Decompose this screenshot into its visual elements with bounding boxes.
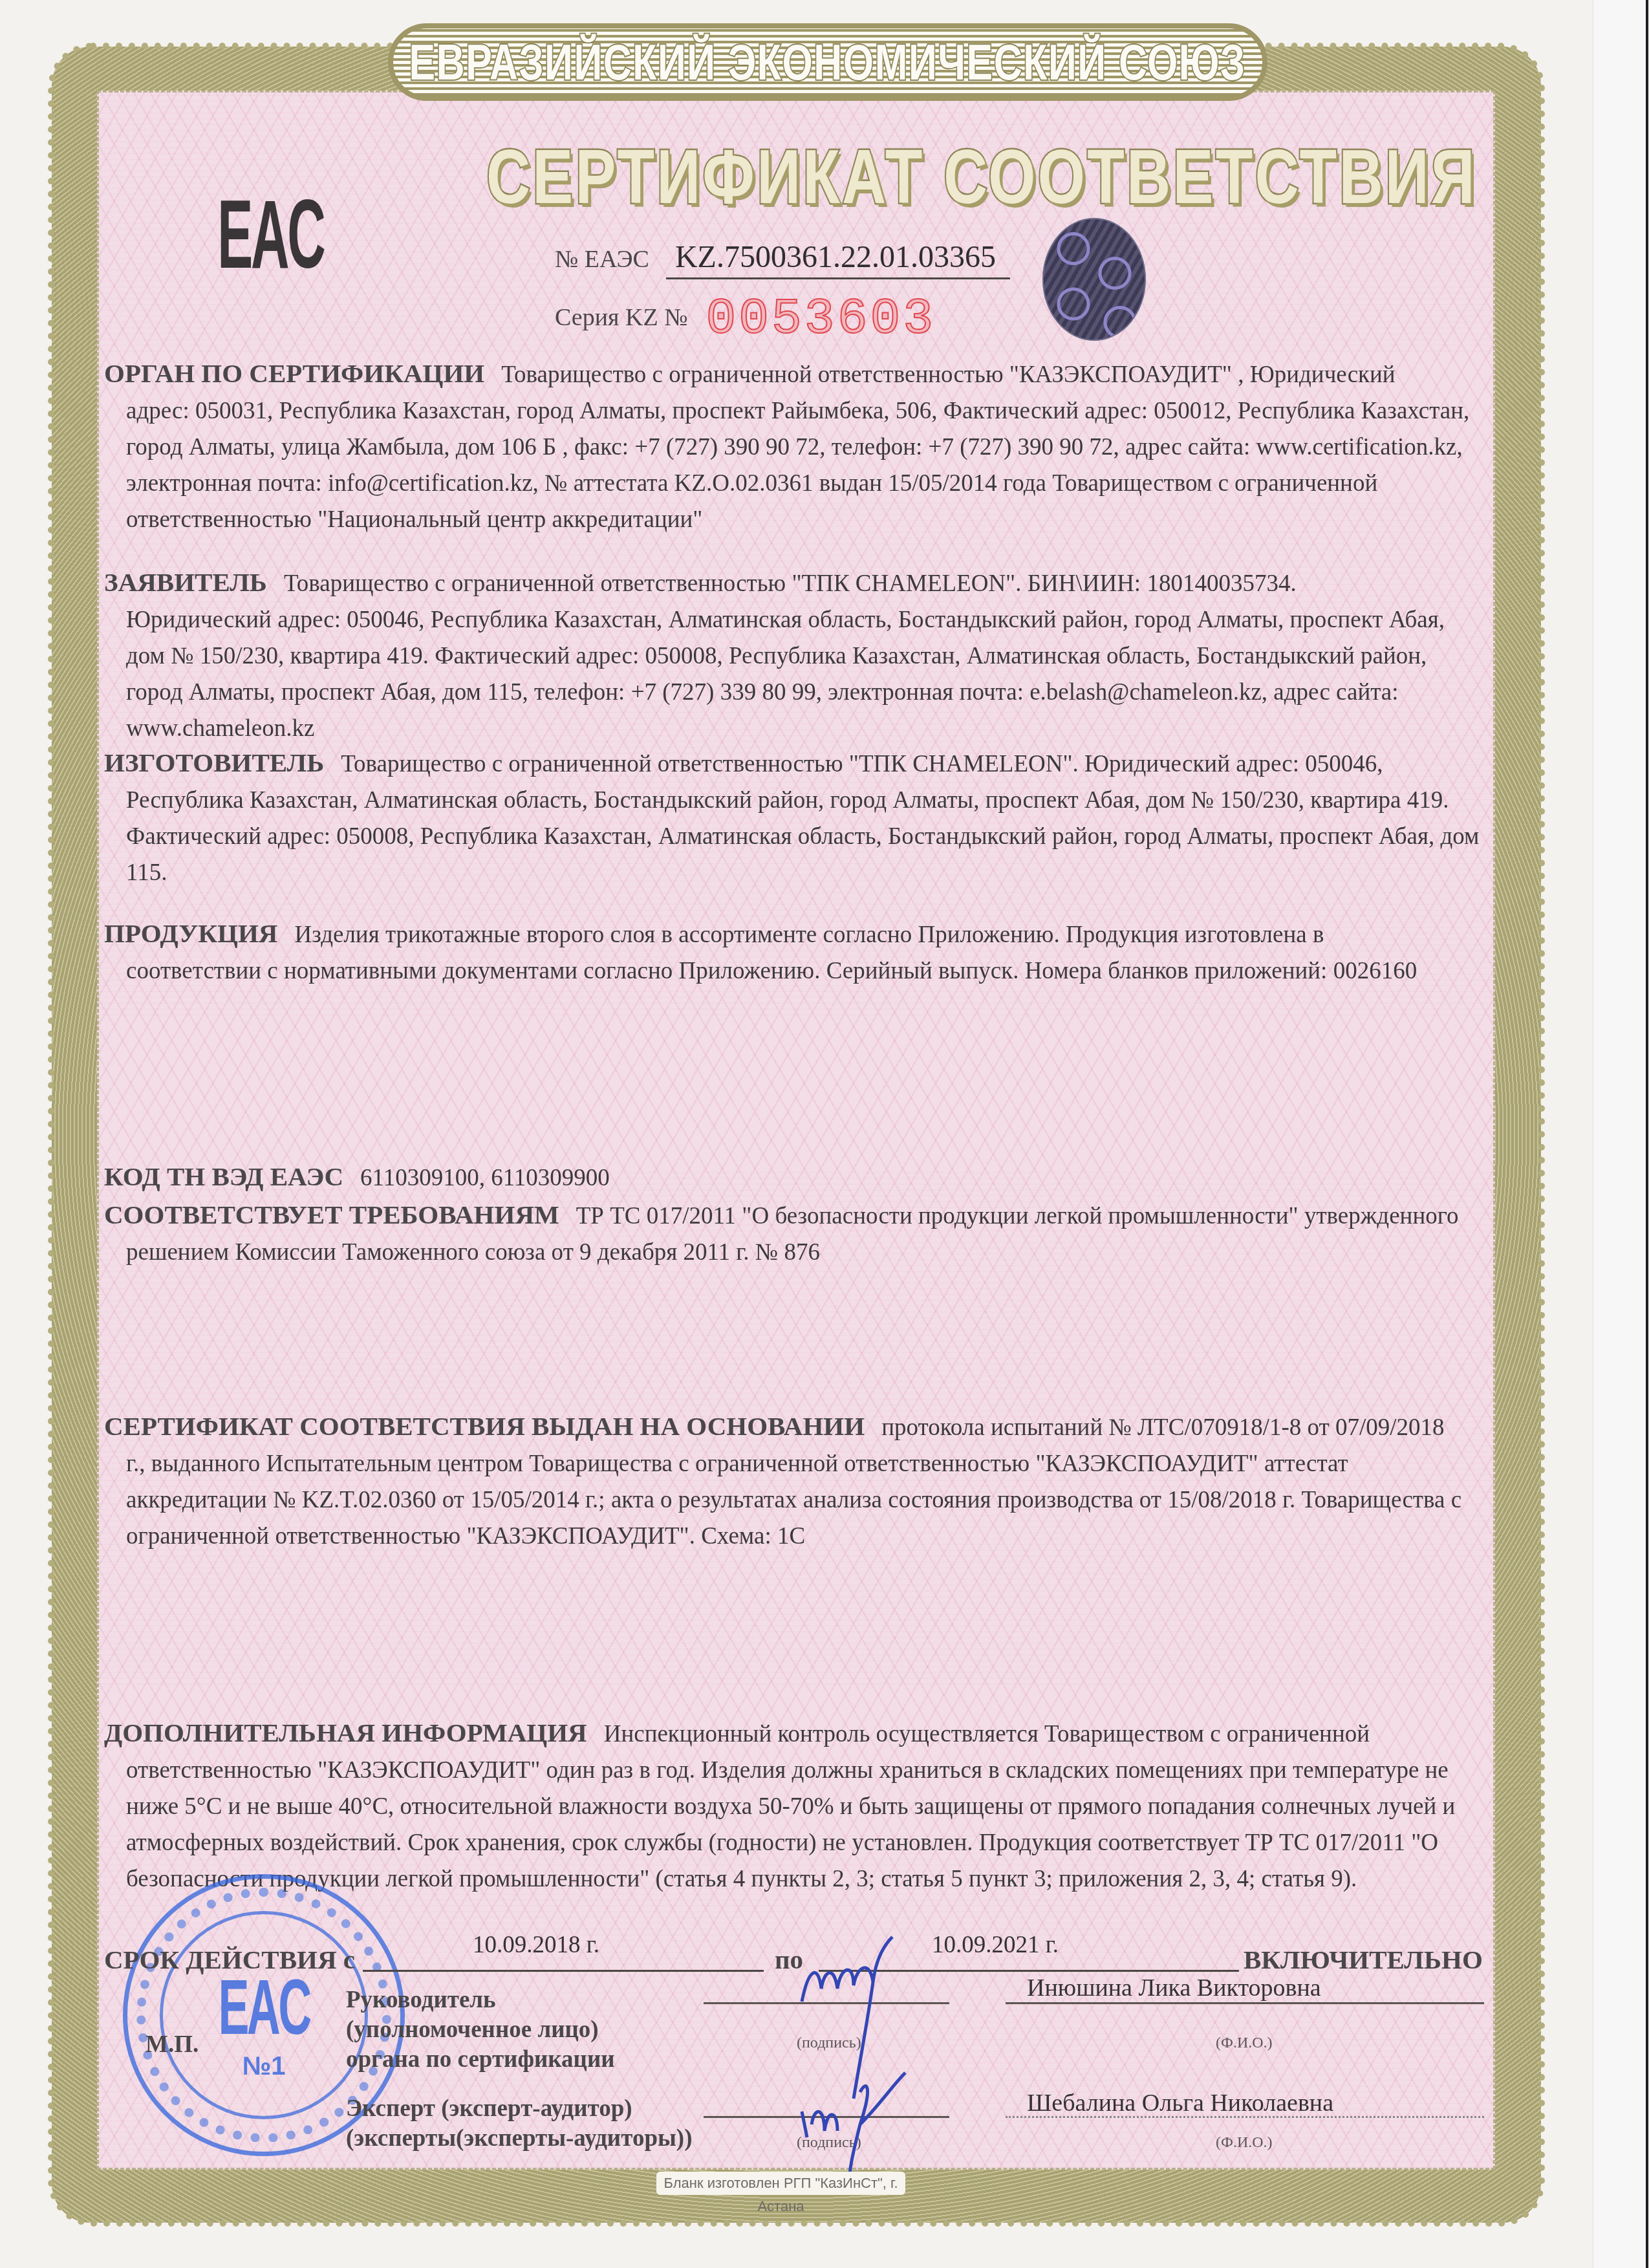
head-name-line [1006,2002,1484,2004]
expert-name-line [1006,2116,1484,2118]
section-heading: ЗАЯВИТЕЛЬ [104,567,267,597]
head-name: Инюшина Лика Викторовна [1027,1974,1321,2002]
section-basis: СЕРТИФИКАТ СООТВЕТСТВИЯ ВЫДАН НА ОСНОВАН… [104,1408,1482,1555]
series-label: Серия KZ № [555,304,687,331]
paper-edge [1593,0,1649,2268]
eac-logo-icon: EAC [222,186,319,283]
valid-from: 10.09.2018 г. [473,1931,599,1959]
valid-to: 10.09.2021 г. [932,1931,1059,1959]
section-conforms: СООТВЕТСТВУЕТ ТРЕБОВАНИЯМТР ТС 017/2011 … [104,1196,1482,1271]
section-applicant: ЗАЯВИТЕЛЬТоварищество с ограниченной отв… [104,564,1482,747]
section-heading: СЕРТИФИКАТ СООТВЕТСТВИЯ ВЫДАН НА ОСНОВАН… [104,1411,865,1441]
validity-label: СРОК ДЕЙСТВИЯ с [104,1944,355,1975]
certificate-title: СЕРТИФИКАТ СООТВЕТСТВИЯ [486,133,1169,221]
expert-name-caption: (Ф.И.О.) [1216,2134,1273,2152]
union-banner: ЕВРАЗИЙСКИЙ ЭКОНОМИЧЕСКИЙ СОЮЗ [388,23,1267,101]
certificate-number: № ЕАЭСKZ.7500361.22.01.03365 [555,239,1010,279]
expert-name: Шебалина Ольга Николаевна [1027,2089,1333,2117]
series-number: Серия KZ №0053603 [555,291,936,348]
expert-label: Эксперт (эксперт-аудитор) (эксперты(эксп… [346,2094,693,2154]
section-heading: КОД ТН ВЭД ЕАЭС [104,1161,343,1191]
section-manufacturer: ИЗГОТОВИТЕЛЬТоварищество с ограниченной … [104,744,1482,891]
section-heading: ПРОДУКЦИЯ [104,918,277,948]
section-hs-code: КОД ТН ВЭД ЕАЭС6110309100, 6110309900 [104,1158,1482,1196]
section-heading: ДОПОЛНИТЕЛЬНАЯ ИНФОРМАЦИЯ [104,1718,587,1747]
validity-inclusive: ВКЛЮЧИТЕЛЬНО [1244,1944,1483,1975]
signature-icon [789,1930,912,2189]
union-title: ЕВРАЗИЙСКИЙ ЭКОНОМИЧЕСКИЙ СОЮЗ [409,33,1246,92]
section-product: ПРОДУКЦИЯИзделия трикотажные второго сло… [104,915,1482,989]
section-certification-body: ОРГАН ПО СЕРТИФИКАЦИИТоварищество с огра… [104,355,1482,538]
head-label: Руководитель (уполномоченное лицо) орган… [346,1985,615,2075]
section-heading: СООТВЕТСТВУЕТ ТРЕБОВАНИЯМ [104,1200,559,1229]
hologram-icon [1042,218,1146,341]
valid-from-field: 10.09.2018 г. [363,1939,764,1972]
head-name-caption: (Ф.И.О.) [1216,2035,1273,2052]
seal-place-label: М.П. [145,2031,199,2058]
section-heading: ИЗГОТОВИТЕЛЬ [104,748,324,777]
blank-printer-note: Бланк изготовлен РГП "КазИнСт", г. Астан… [656,2172,905,2195]
number-label: № ЕАЭС [555,246,649,273]
series-value: 0053603 [706,291,936,348]
section-heading: ОРГАН ПО СЕРТИФИКАЦИИ [104,358,484,388]
section-additional-info: ДОПОЛНИТЕЛЬНАЯ ИНФОРМАЦИЯИнспекционный к… [104,1714,1482,1897]
number-value: KZ.7500361.22.01.03365 [666,239,1010,279]
